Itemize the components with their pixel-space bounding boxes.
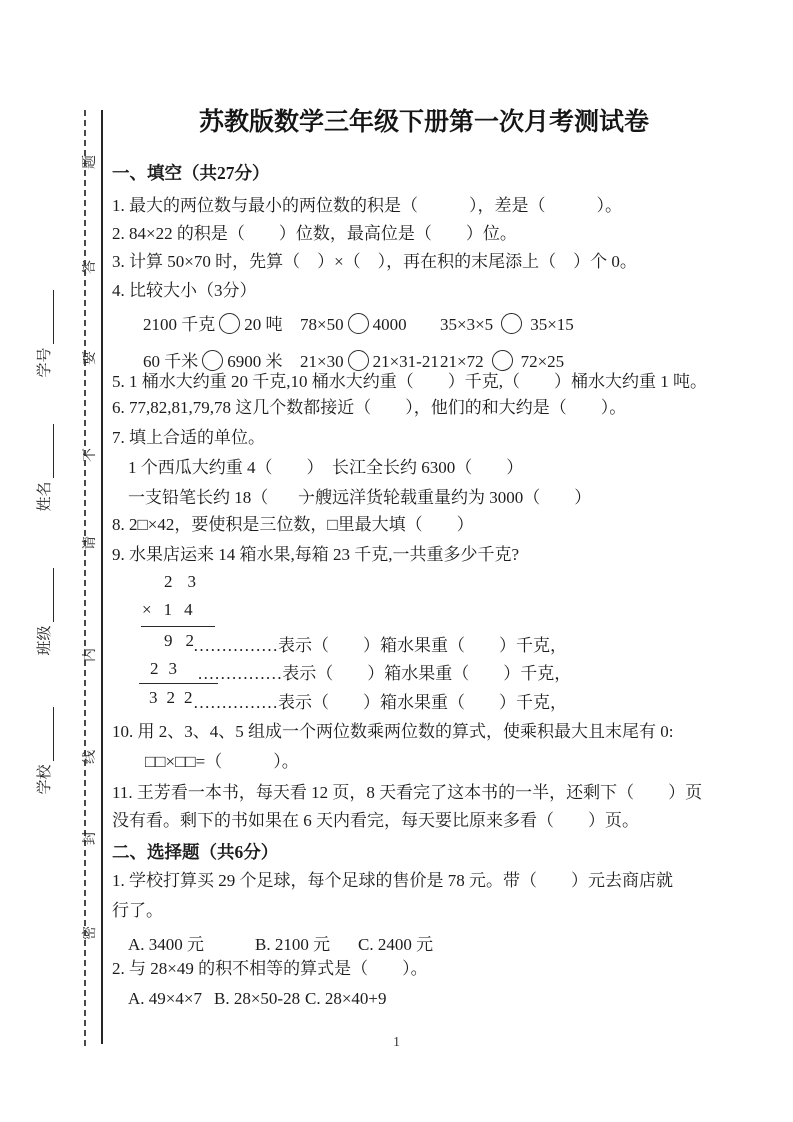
question-6: 6. 77,82,81,79,78 这几个数都接近（ ），他们的和大约是（ ）。 bbox=[112, 398, 626, 418]
seal-solid-line bbox=[101, 110, 103, 1044]
comparison-circle-blank bbox=[348, 350, 369, 371]
seal-char: 答 bbox=[83, 258, 99, 276]
question-7-item: 长江全长约 6300（ ） bbox=[332, 458, 523, 478]
question-2: 2. 84×22 的积是（ ）位数，最高位是（ ）位。 bbox=[112, 224, 517, 244]
field-blank-line bbox=[37, 569, 54, 623]
seal-char: 要 bbox=[83, 349, 99, 367]
question-5: 5. 1 桶水大约重 20 千克,10 桶水大约重（ ）千克,（ ）桶水大约重 … bbox=[112, 372, 707, 392]
seal-char: 内 bbox=[83, 646, 99, 664]
field-school: 学校 bbox=[32, 691, 54, 811]
question-10-line2: □□×□□=（ ）。 bbox=[145, 752, 299, 772]
comparison-circle-blank bbox=[219, 313, 240, 334]
field-name: 姓名 bbox=[32, 408, 54, 528]
question-1: 1. 最大的两位数与最小的两位数的积是（ ），差是（ ）。 bbox=[112, 196, 622, 216]
choice-a: A. 49×4×7 bbox=[128, 989, 202, 1009]
compare-left: 35×3×5 bbox=[440, 315, 493, 334]
question-7-item: 一艘远洋货轮载重量约为 3000（ ） bbox=[298, 488, 591, 508]
compare-right: 72×25 bbox=[521, 352, 565, 371]
compare-item: 21×3021×31-21 bbox=[300, 350, 439, 374]
compare-left: 2100 千克 bbox=[143, 315, 215, 334]
comparison-circle-blank bbox=[202, 350, 223, 371]
field-class: 班级 bbox=[32, 552, 54, 672]
seal-char: 不 bbox=[83, 446, 99, 464]
question-8: 8. 2□×42，要使积是三位数，□里最大填（ ） bbox=[112, 515, 474, 535]
compare-item: 21×7272×25 bbox=[440, 350, 564, 374]
compare-item: 60 千米6900 米 bbox=[143, 350, 283, 374]
compare-item: 78×504000 bbox=[300, 313, 407, 337]
compare-item: 2100 千克20 吨 bbox=[143, 313, 283, 337]
field-label: 班级 bbox=[36, 626, 54, 656]
seal-char: 线 bbox=[83, 748, 99, 766]
field-blank-line bbox=[37, 291, 54, 345]
field-blank-line bbox=[37, 425, 54, 479]
field-label: 姓名 bbox=[36, 482, 54, 512]
comparison-circle-blank bbox=[492, 350, 513, 371]
s2-question-1-line2: 行了。 bbox=[112, 901, 163, 921]
page-title: 苏教版数学三年级下册第一次月考测试卷 bbox=[199, 112, 649, 132]
field-student-number: 学号 bbox=[32, 274, 54, 394]
mult-rule-line bbox=[139, 683, 218, 684]
mult-multiplier-row: ×14 bbox=[142, 600, 205, 620]
compare-left: 60 千米 bbox=[143, 352, 198, 371]
seal-char: 密 bbox=[83, 924, 99, 942]
compare-left: 78×50 bbox=[300, 315, 344, 334]
choice-a: A. 3400 元 bbox=[128, 930, 204, 955]
question-10-line1: 10. 用 2、3、4、5 组成一个两位数乘两位数的算式，使乘积最大且末尾有 0… bbox=[112, 722, 673, 742]
compare-left: 21×30 bbox=[300, 352, 344, 371]
page-number: 1 bbox=[0, 1035, 793, 1051]
mult-partial1-note: ……………表示（ ）箱水果重（ ）千克， bbox=[193, 631, 567, 656]
question-3: 3. 计算 50×70 时，先算（ ）×（ ），再在积的末尾添上（ ）个 0。 bbox=[112, 252, 637, 272]
comparison-circle-blank bbox=[501, 313, 522, 334]
question-9: 9. 水果店运来 14 箱水果,每箱 23 千克,一共重多少千克? bbox=[112, 545, 519, 565]
mult-multiplicand: 23 bbox=[164, 572, 211, 592]
seal-char: 封 bbox=[83, 829, 99, 847]
field-label: 学号 bbox=[36, 348, 54, 378]
seal-dashed-line bbox=[84, 110, 86, 1046]
question-11-line2: 没有看。剩下的书如果在 6 天内看完，每天要比原来多看（ ）页。 bbox=[112, 811, 639, 831]
s2-question-1-line1: 1. 学校打算买 29 个足球，每个足球的售价是 78 元。带（ ）元去商店就 bbox=[112, 871, 673, 891]
field-label: 学校 bbox=[36, 765, 54, 795]
compare-left: 21×72 bbox=[440, 352, 484, 371]
comparison-circle-blank bbox=[348, 313, 369, 334]
choice-c: C. 2400 元 bbox=[358, 930, 433, 955]
question-4: 4. 比较大小（3分） bbox=[112, 281, 257, 301]
mult-partial2: 23 bbox=[150, 659, 187, 679]
question-7-item: 1 个西瓜大约重 4（ ） bbox=[128, 458, 324, 478]
compare-item: 35×3×535×15 bbox=[440, 313, 574, 337]
compare-right: 21×31-21 bbox=[373, 352, 439, 371]
section1-heading: 一、填空（共27分） bbox=[112, 163, 270, 183]
mult-partial2-note: ……………表示（ ）箱水果重（ ）千克， bbox=[193, 659, 571, 684]
question-7: 7. 填上合适的单位。 bbox=[112, 428, 265, 448]
choice-b: B. 2100 元 bbox=[255, 930, 330, 955]
seal-char: 请 bbox=[83, 534, 99, 552]
seal-char: 题 bbox=[83, 153, 99, 171]
compare-right: 6900 米 bbox=[227, 352, 282, 371]
question-11-line1: 11. 王芳看一本书，每天看 12 页，8 天看完了这本书的一半，还剩下（ ）页 bbox=[112, 783, 702, 803]
mult-product-note: ……………表示（ ）箱水果重（ ）千克， bbox=[193, 688, 567, 713]
compare-right: 35×15 bbox=[530, 315, 574, 334]
test-paper-page: 题 答 要 不 请 内 线 封 密 学号 姓名 班级 学校 苏教版数学三年级下册… bbox=[0, 0, 793, 1122]
choice-c: C. 28×40+9 bbox=[305, 989, 387, 1009]
mult-rule-line bbox=[141, 626, 215, 627]
choice-b: B. 28×50-28 bbox=[214, 989, 300, 1009]
section2-heading: 二、选择题（共6分） bbox=[112, 842, 278, 862]
field-blank-line bbox=[37, 708, 54, 762]
compare-right: 20 吨 bbox=[244, 315, 282, 334]
compare-right: 4000 bbox=[373, 315, 407, 334]
s2-question-2: 2. 与 28×49 的积不相等的算式是（ ）。 bbox=[112, 959, 428, 979]
question-7-item: 一支铅笔长约 18（ ） bbox=[128, 488, 319, 508]
